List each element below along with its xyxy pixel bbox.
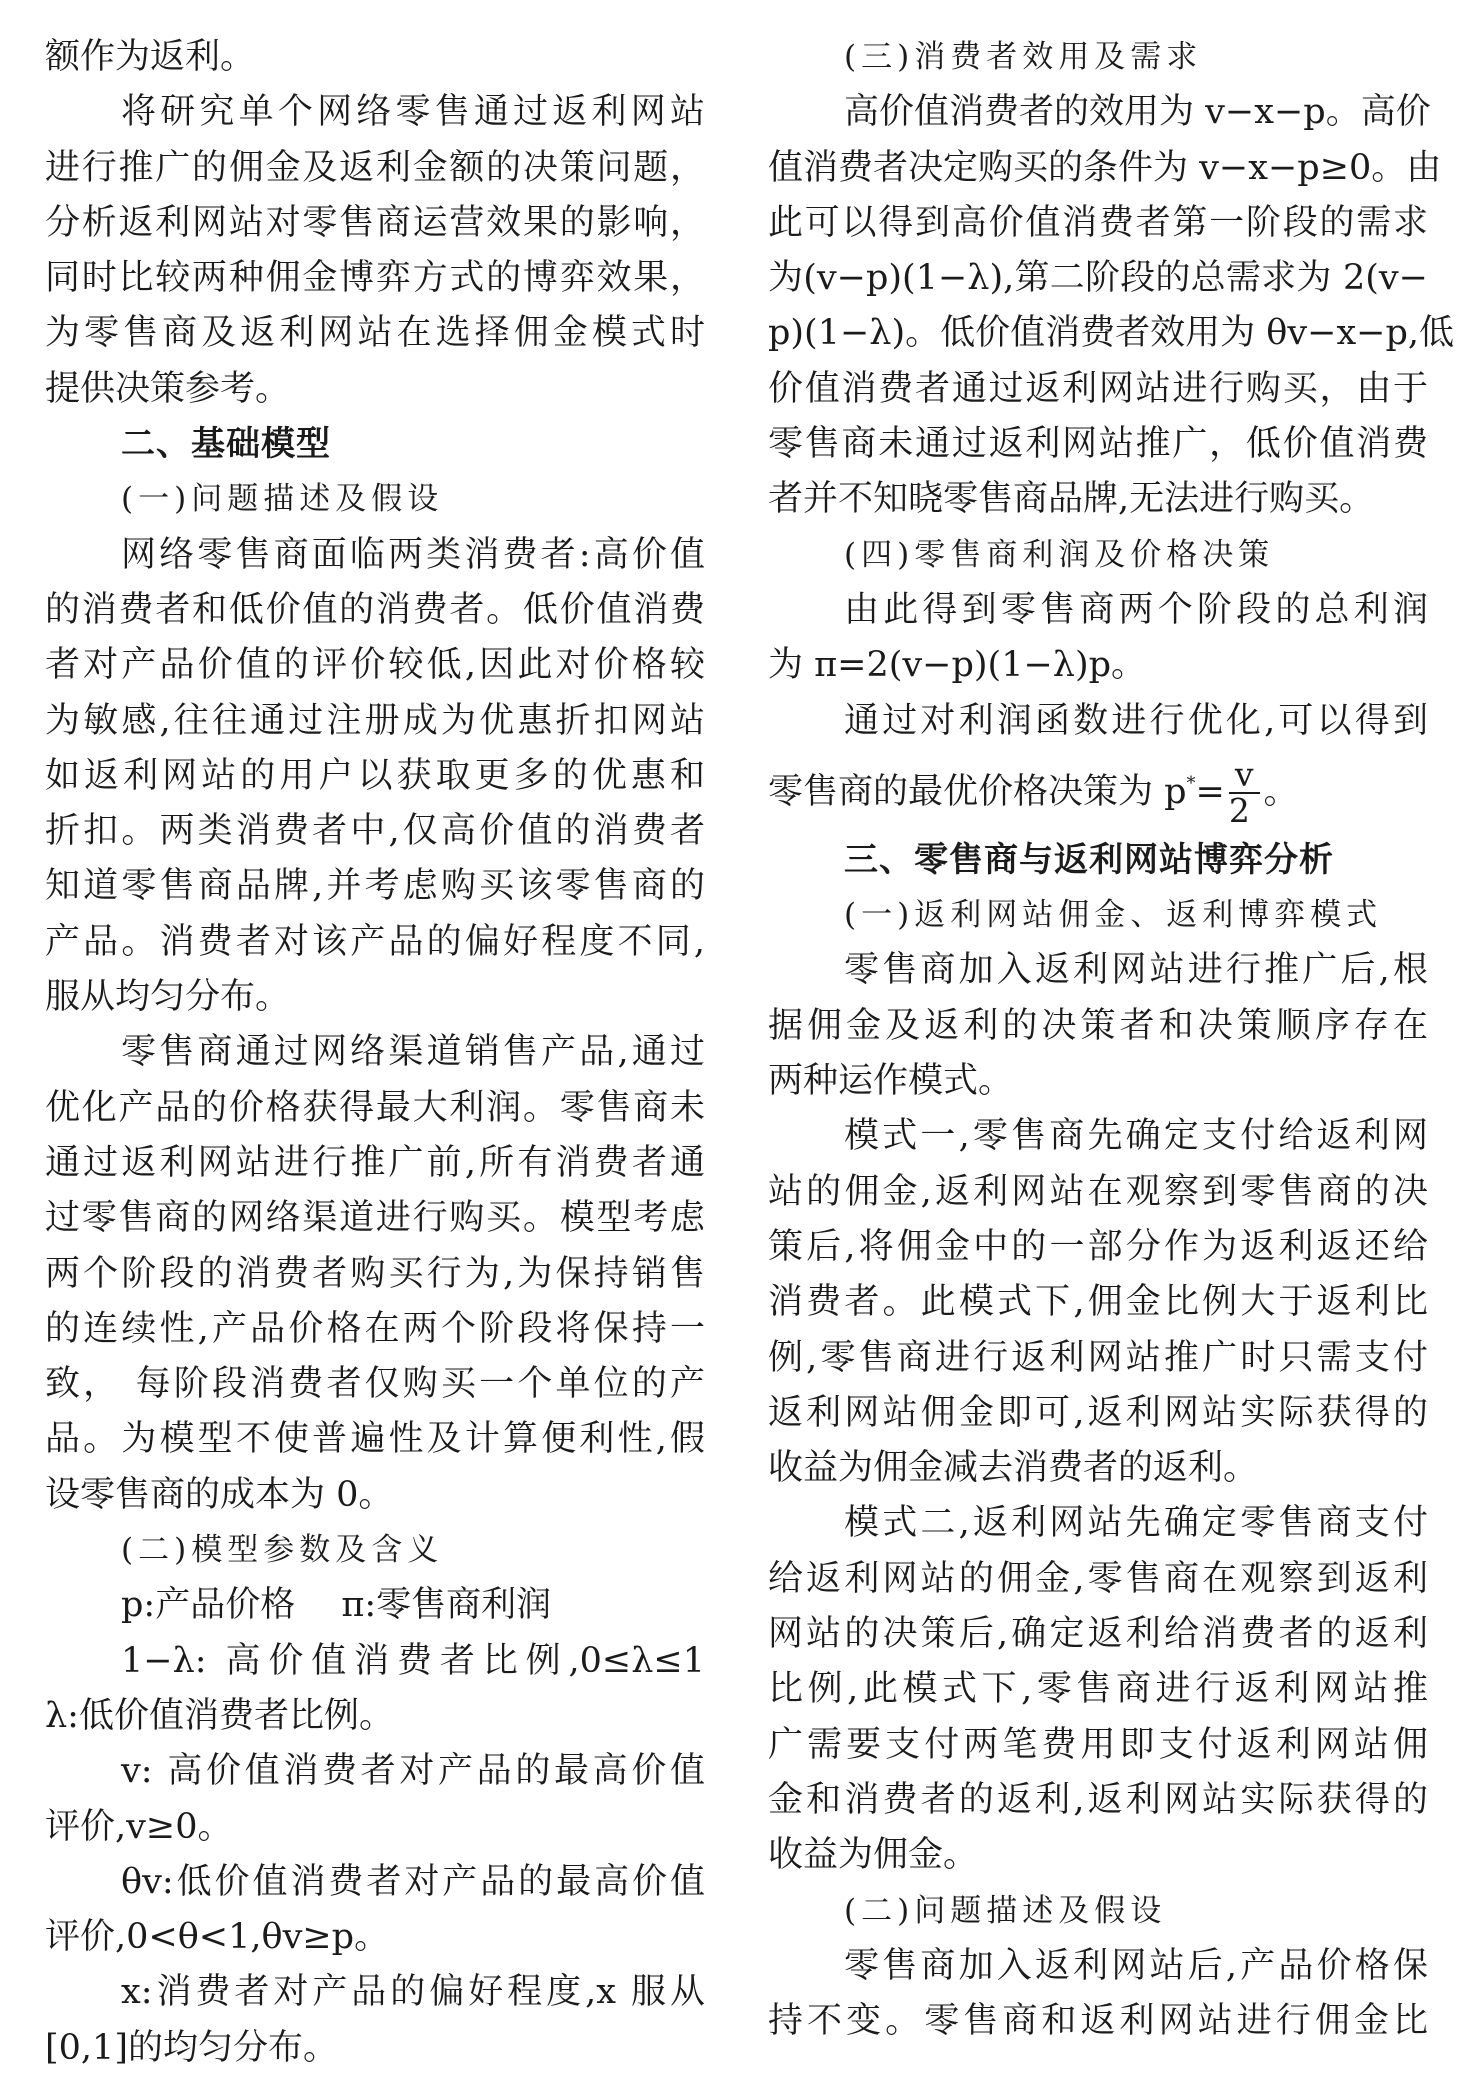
fraction-denominator: 2 xyxy=(1229,794,1260,828)
paragraph-line: 为零售商及返利网站在选择佣金模式时 xyxy=(45,306,705,361)
paragraph-line: 策后,将佣金中的一部分作为返利返还给 xyxy=(768,1220,1428,1275)
paragraph-line: 收益为佣金减去消费者的返利。 xyxy=(768,1441,1428,1496)
paragraph-line: 网站的决策后,确定返利给消费者的返利 xyxy=(768,1607,1428,1662)
paragraph-line: 通过对利润函数进行优化,可以得到 xyxy=(768,694,1428,749)
paragraph-line: 收益为佣金。 xyxy=(768,1828,1428,1883)
paragraph-line: 例,零售商进行返利网站推广时只需支付 xyxy=(768,1331,1428,1386)
subsection-heading: (四)零售商利润及价格决策 xyxy=(768,528,1428,583)
fraction-v-over-2: v2 xyxy=(1229,758,1260,828)
paragraph-line: p)(1−λ)。低价值消费者效用为 θv−x−p,低 xyxy=(768,306,1428,361)
paragraph-line: 此可以得到高价值消费者第一阶段的需求 xyxy=(768,196,1428,251)
paragraph-line: 持不变。零售商和返利网站进行佣金比 xyxy=(768,1994,1428,2049)
paragraph-line: 站的佣金,返利网站在观察到零售商的决 xyxy=(768,1165,1428,1220)
paragraph-line: 知道零售商品牌,并考虑购买该零售商的 xyxy=(45,859,705,914)
subsection-heading: (一)问题描述及假设 xyxy=(45,472,705,527)
paragraph-line: 为 π=2(v−p)(1−λ)p。 xyxy=(768,638,1428,693)
paragraph-line: 优化产品的价格获得最大利润。零售商未 xyxy=(45,1081,705,1136)
paragraph-line: 的消费者和低价值的消费者。低价值消费 xyxy=(45,583,705,638)
formula-equals: = xyxy=(1196,772,1225,812)
paragraph-line: 零售商加入返利网站后,产品价格保 xyxy=(768,1939,1428,1994)
paragraph-line: 额作为返利。 xyxy=(45,30,705,85)
paragraph-line: 零售商加入返利网站进行推广后,根 xyxy=(768,943,1428,998)
paragraph-line: 进行推广的佣金及返利金额的决策问题， xyxy=(45,141,705,196)
optimal-price-formula-line: 零售商的最优价格决策为 p*=v2。 xyxy=(768,749,1428,833)
paragraph-line: 模式一,零售商先确定支付给返利网 xyxy=(768,1109,1428,1164)
paragraph-line: 的连续性,产品价格在两个阶段将保持一 xyxy=(45,1302,705,1357)
paragraph-line: 网络零售商面临两类消费者:高价值 xyxy=(45,528,705,583)
formula-prefix: 零售商的最优价格决策为 p xyxy=(768,772,1187,812)
paragraph-line: 提供决策参考。 xyxy=(45,362,705,417)
paragraph-line: 消费者。此模式下,佣金比例大于返利比 xyxy=(768,1275,1428,1330)
paragraph-line: 零售商通过网络渠道销售产品,通过 xyxy=(45,1025,705,1080)
paragraph-line: 高价值消费者的效用为 v−x−p。高价 xyxy=(768,85,1428,140)
subsection-heading: (二)问题描述及假设 xyxy=(768,1884,1428,1939)
paragraph-line: 设零售商的成本为 0。 xyxy=(45,1468,705,1523)
paragraph-line: 为(v−p)(1−λ),第二阶段的总需求为 2(v− xyxy=(768,251,1428,306)
paragraph-line: 同时比较两种佣金博弈方式的博弈效果， xyxy=(45,251,705,306)
paragraph-line: 过零售商的网络渠道进行购买。模型考虑 xyxy=(45,1191,705,1246)
paragraph-line: 如返利网站的用户以获取更多的优惠和 xyxy=(45,749,705,804)
paragraph-line: 折扣。两类消费者中,仅高价值的消费者 xyxy=(45,804,705,859)
paragraph-line: 价值消费者通过返利网站进行购买，由于 xyxy=(768,362,1428,417)
paragraph-line: 两种运作模式。 xyxy=(768,1054,1428,1109)
paragraph-line: 零售商未通过返利网站推广，低价值消费 xyxy=(768,417,1428,472)
paragraph-line: 评价,0<θ<1,θv≥p。 xyxy=(45,1910,705,1965)
paragraph-line: 返利网站佣金即可,返利网站实际获得的 xyxy=(768,1386,1428,1441)
paragraph-line: 金和消费者的返利,返利网站实际获得的 xyxy=(768,1773,1428,1828)
left-text-column: 额作为返利。将研究单个网络零售通过返利网站进行推广的佣金及返利金额的决策问题，分… xyxy=(45,30,705,2076)
paragraph-line: 比例,此模式下,零售商进行返利网站推 xyxy=(768,1662,1428,1717)
paragraph-line: 评价,v≥0。 xyxy=(45,1800,705,1855)
paragraph-line: 者对产品价值的评价较低,因此对价格较 xyxy=(45,638,705,693)
paragraph-line: 给返利网站的佣金,零售商在观察到返利 xyxy=(768,1552,1428,1607)
paragraph-line: 模式二,返利网站先确定零售商支付 xyxy=(768,1496,1428,1551)
paragraph-line: [0,1]的均匀分布。 xyxy=(45,2021,705,2076)
paragraph-line: 两个阶段的消费者购买行为,为保持销售 xyxy=(45,1247,705,1302)
paragraph-line: 将研究单个网络零售通过返利网站 xyxy=(45,85,705,140)
formula-superscript-star: * xyxy=(1187,773,1196,794)
paragraph-line: v: 高价值消费者对产品的最高价值 xyxy=(45,1744,705,1799)
paragraph-line: 广需要支付两笔费用即支付返利网站佣 xyxy=(768,1718,1428,1773)
paragraph-line: 为敏感,往往通过注册成为优惠折扣网站 xyxy=(45,694,705,749)
paragraph-line: 由此得到零售商两个阶段的总利润 xyxy=(768,583,1428,638)
paragraph-line: 产品。消费者对该产品的偏好程度不同, xyxy=(45,915,705,970)
paragraph-line: 致， 每阶段消费者仅购买一个单位的产 xyxy=(45,1357,705,1412)
subsection-heading: (一)返利网站佣金、返利博弈模式 xyxy=(768,888,1428,943)
section-heading: 二、基础模型 xyxy=(45,417,705,472)
section-heading: 三、零售商与返利网站博弈分析 xyxy=(768,833,1428,888)
right-column-upper-block: (三)消费者效用及需求高价值消费者的效用为 v−x−p。高价值消费者决定购买的条… xyxy=(768,30,1428,749)
paragraph-line: p:产品价格 π:零售商利润 xyxy=(45,1578,705,1633)
paragraph-line: λ:低价值消费者比例。 xyxy=(45,1689,705,1744)
subsection-heading: (二)模型参数及含义 xyxy=(45,1523,705,1578)
paragraph-line: 者并不知晓零售商品牌,无法进行购买。 xyxy=(768,472,1428,527)
fraction-numerator: v xyxy=(1229,758,1260,794)
paragraph-line: 通过返利网站进行推广前,所有消费者通 xyxy=(45,1136,705,1191)
paragraph-line: 据佣金及返利的决策者和决策顺序存在 xyxy=(768,999,1428,1054)
paragraph-line: 品。为模型不使普遍性及计算便利性,假 xyxy=(45,1412,705,1467)
right-text-column: (三)消费者效用及需求高价值消费者的效用为 v−x−p。高价值消费者决定购买的条… xyxy=(768,30,1428,2049)
right-column-lower-block: 三、零售商与返利网站博弈分析(一)返利网站佣金、返利博弈模式零售商加入返利网站进… xyxy=(768,833,1428,2050)
paragraph-line: 值消费者决定购买的条件为 v−x−p≥0。由 xyxy=(768,141,1428,196)
paragraph-line: θv:低价值消费者对产品的最高价值 xyxy=(45,1855,705,1910)
paragraph-line: x:消费者对产品的偏好程度,x 服从 xyxy=(45,1965,705,2020)
formula-suffix: 。 xyxy=(1264,772,1299,812)
subsection-heading: (三)消费者效用及需求 xyxy=(768,30,1428,85)
paragraph-line: 服从均匀分布。 xyxy=(45,970,705,1025)
paragraph-line: 分析返利网站对零售商运营效果的影响， xyxy=(45,196,705,251)
paragraph-line: 1−λ: 高价值消费者比例,0≤λ≤1 xyxy=(45,1634,705,1689)
